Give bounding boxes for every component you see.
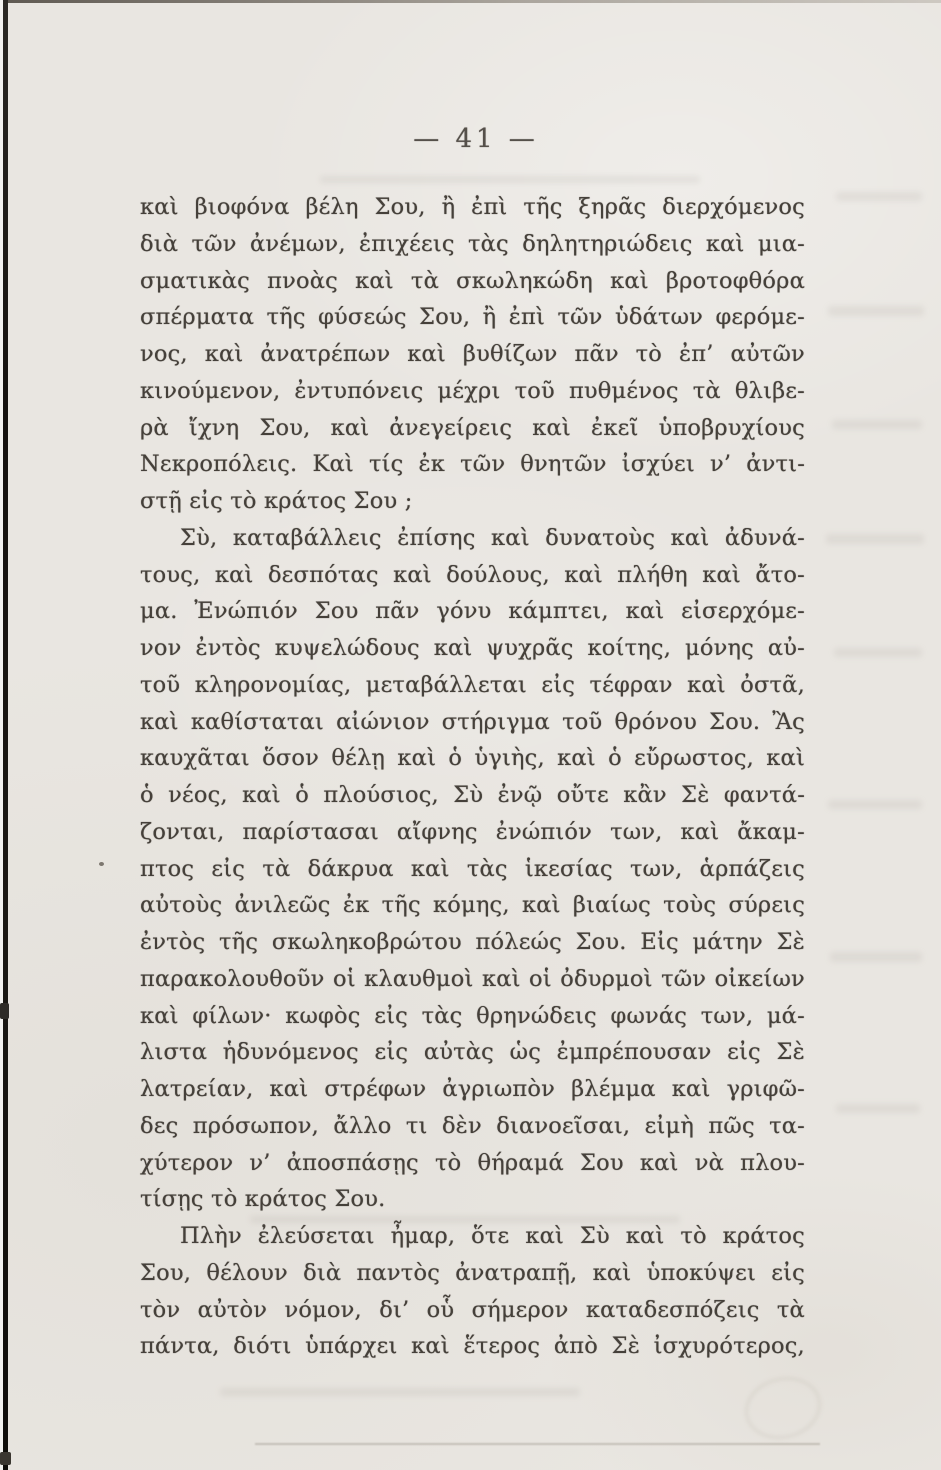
scan-blob [0, 1003, 9, 1019]
text-line: Σου,θέλουνδιὰπαντὸςἀνατραπῇ,καὶὑποκύψειε… [140, 1255, 805, 1292]
text-line: λατρείαν,καὶστρέφωνἀγριωπὸνβλέμμακαὶγριφ… [140, 1071, 805, 1108]
bleedthrough-mark [836, 1104, 920, 1113]
text-line: τοῦκληρονομίας,μεταβάλλεταιεἰςτέφρανκαὶὀ… [140, 667, 805, 704]
text-line: νονἐντὸςκυψελώδουςκαὶψυχρᾶςκοίτης,μόνηςα… [140, 630, 805, 667]
text-line: Νεκροπόλεις.Καὶτίςἐκτῶνθνητῶνἰσχύειν’ἀντ… [140, 446, 805, 483]
scan-faint-line [255, 1443, 820, 1445]
text-line: στῇ εἰς τὸ κράτος Σου ; [140, 483, 805, 520]
bleedthrough-mark [836, 192, 922, 201]
text-line: μα.ἘνώπιόνΣουπᾶνγόνυκάμπτει,καὶεἰσερχόμε… [140, 593, 805, 630]
bleedthrough-mark [832, 420, 922, 429]
text-line: πτοςεἰςτὰδάκρυακαὶτὰςἱκεσίαςτων,ἁρπάζεις [140, 851, 805, 888]
bleedthrough-mark [830, 952, 922, 962]
scan-blob [0, 1452, 11, 1465]
scan-edge-white-sliver [0, 0, 3, 1470]
scan-speck [99, 862, 104, 866]
text-line: τους,καὶδεσπόταςκαὶδούλους,καὶπλήθηκαὶἄτ… [140, 557, 805, 594]
scanned-page: — 41 — καὶβιοφόναβέληΣου,ἢἐπὶτῆςξηρᾶςδιε… [0, 0, 941, 1470]
text-line: πάντα,διότιὑπάρχεικαὶἕτεροςἀπὸΣὲἰσχυρότε… [140, 1328, 805, 1365]
text-line: καὶφίλων·κωφὸςεἰςτὰςθρηνώδειςφωνάςτων,μά… [140, 998, 805, 1035]
text-line: νος,καὶἀνατρέπωνκαὶβυθίζωνπᾶντὸἐπ’αὐτῶν [140, 336, 805, 373]
text-line: σματικὰςπνοὰςκαὶτὰσκωληκώδηκαὶβροτοφθόρα [140, 263, 805, 300]
text-line: παρακολουθοῦνοἱκλαυθμοὶκαὶοἱὀδυρμοὶτῶνοἰ… [140, 961, 805, 998]
bleedthrough-mark [826, 534, 924, 544]
bleedthrough-mark [828, 800, 922, 809]
bleedthrough-mark [828, 306, 924, 316]
text-line: κινούμενον,ἐντυπόνειςμέχριτοῦπυθμένοςτὰθ… [140, 373, 805, 410]
body-text: καὶβιοφόναβέληΣου,ἢἐπὶτῆςξηρᾶςδιερχόμενο… [140, 189, 805, 1365]
text-line paragraph-start: Σὺ,καταβάλλειςἐπίσηςκαὶδυνατοὺςκαὶἀδυνά- [140, 520, 805, 557]
text-line: ρὰἴχνηΣου,καὶἀνεγείρειςκαὶἐκεῖὑποβρυχίου… [140, 410, 805, 447]
text-line: ζονται,παρίστασαιαἴφνηςἐνώπιόντων,καὶἄκα… [140, 814, 805, 851]
text-line: ἐντὸςτῆςσκωληκοβρώτουπόλεώςΣου.ΕἰςμάτηνΣ… [140, 924, 805, 961]
text-line: καὶκαθίσταταιαἰώνιονστήριγματοῦθρόνουΣου… [140, 704, 805, 741]
scan-edge-left-dark [3, 0, 8, 1470]
bleedthrough-mark [834, 648, 922, 657]
text-line: καὶβιοφόναβέληΣου,ἢἐπὶτῆςξηρᾶςδιερχόμενο… [140, 189, 805, 226]
text-line: αὐτοὺςἀνιλεῶςἐκτῆςκόμης,καὶβιαίωςτοὺςσύρ… [140, 887, 805, 924]
text-line: τίσῃς τὸ κράτος Σου. [140, 1181, 805, 1218]
text-line paragraph-start: Πλὴνἐλεύσεταιἦμαρ,ὅτεκαὶΣὺκαὶτὸκράτος [140, 1218, 805, 1255]
text-line: ὁνέος,καὶὁπλούσιος,ΣὺἐνῷοὔτεκἂνΣὲφαντά- [140, 777, 805, 814]
text-line: σπέρματατῆςφύσεώςΣου,ἢἐπὶτῶνὑδάτωνφερόμε… [140, 299, 805, 336]
text-line: δεςπρόσωπον,ἄλλοτιδὲνδιανοεῖσαι,εἰμὴπῶςτ… [140, 1108, 805, 1145]
bleedthrough-mark [320, 176, 700, 183]
text-line: καυχᾶταιὅσονθέλῃκαὶὁὑγιὴς,καὶὁεὔρωστος,κ… [140, 740, 805, 777]
text-line: λισταἡδυνόμενοςεἰςαὐτὰςὡςἐμπρέπουσανεἰςΣ… [140, 1034, 805, 1071]
bleedthrough-mark [220, 1388, 580, 1396]
page-number: — 41 — [145, 124, 807, 154]
text-line: χύτερονν’ἀποσπάσῃςτὸθήραμάΣουκαὶνὰπλου- [140, 1145, 805, 1182]
scan-smudge [739, 1370, 827, 1447]
text-line: τὸναὐτὸννόμον,δι’οὗσήμερονκαταδεσπόζειςτ… [140, 1292, 805, 1329]
scan-edge-top [8, 0, 941, 3]
text-line: διὰτῶνἀνέμων,ἐπιχέειςτὰςδηλητηριώδειςκαὶ… [140, 226, 805, 263]
